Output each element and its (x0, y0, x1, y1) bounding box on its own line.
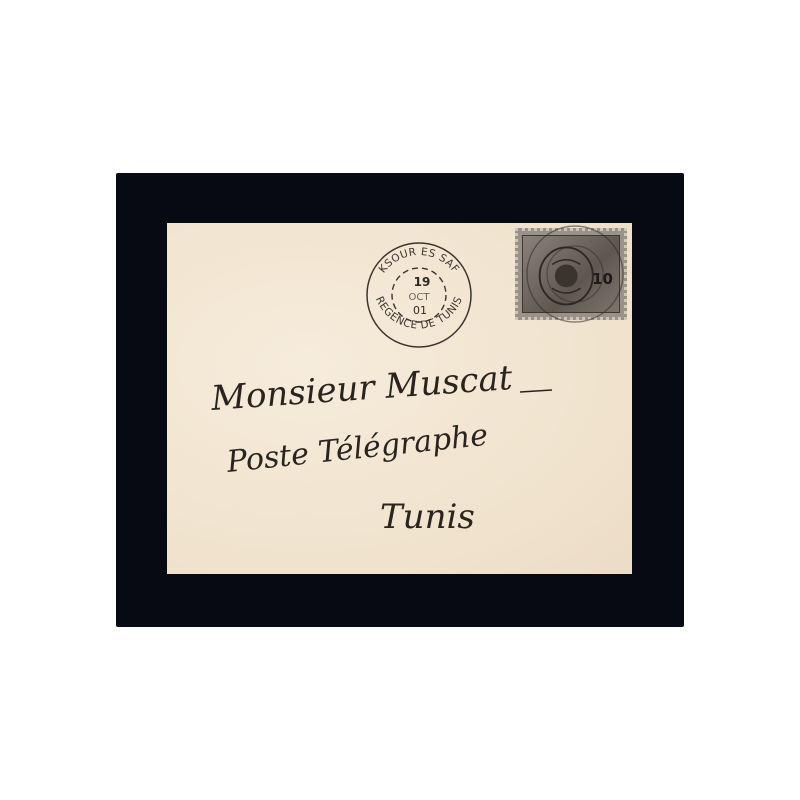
address-line-2: Poste Télégraphe (224, 418, 489, 480)
underline-flourish (520, 390, 552, 392)
address-line-1: Monsieur Muscat (209, 358, 514, 419)
handwritten-address: Monsieur Muscat Poste Télégraphe Tunis (0, 0, 800, 800)
address-line-3: Tunis (380, 497, 475, 537)
